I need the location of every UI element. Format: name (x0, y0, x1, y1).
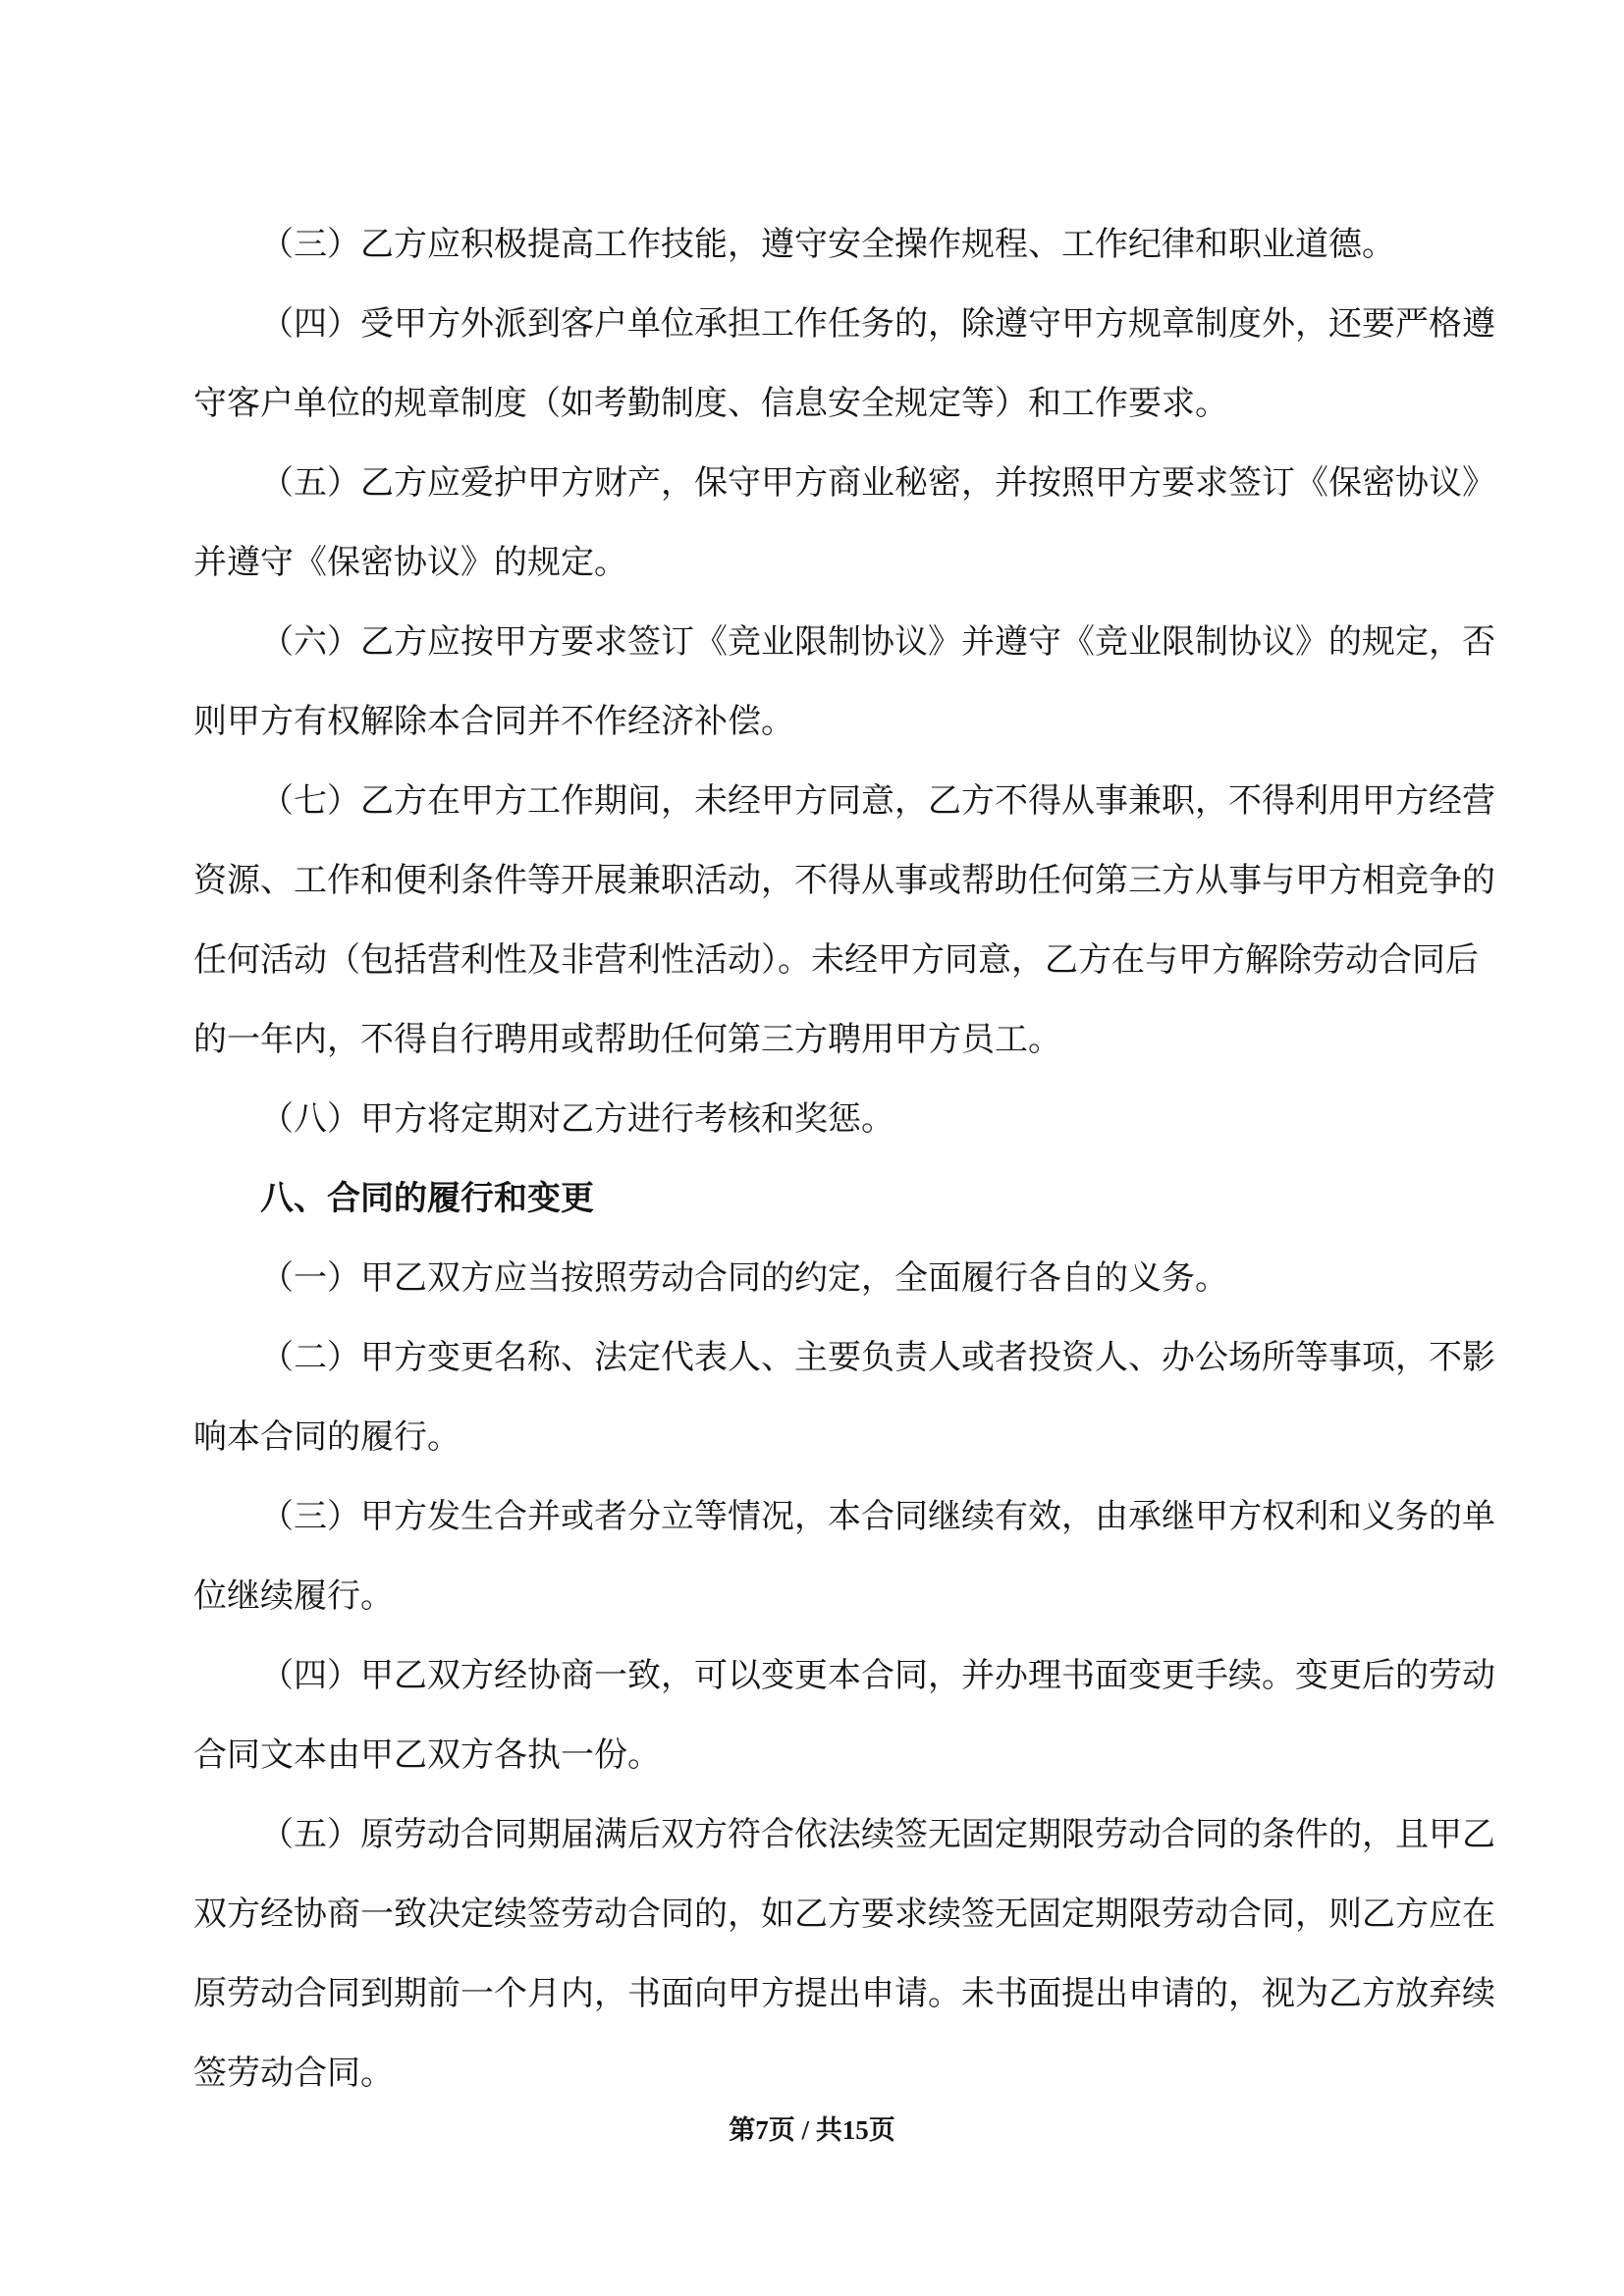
paragraph-line: （五）乙方应爱护甲方财产，保守甲方商业秘密，并按照甲方要求签订《保密协议》 (193, 444, 1499, 523)
paragraph-line: （一）甲乙双方应当按照劳动合同的约定，全面履行各自的义务。 (193, 1239, 1499, 1318)
paragraph-line: 则甲方有权解除本合同并不作经济补偿。 (193, 682, 1499, 762)
paragraph-line: 原劳动合同到期前一个月内，书面向甲方提出申请。未书面提出申请的，视为乙方放弃续 (193, 1954, 1499, 2034)
paragraph-line: （二）甲方变更名称、法定代表人、主要负责人或者投资人、办公场所等事项，不影 (193, 1318, 1499, 1398)
paragraph-line: 双方经协商一致决定续签劳动合同的，如乙方要求续签无固定期限劳动合同，则乙方应在 (193, 1875, 1499, 1954)
paragraph-line: 响本合同的履行。 (193, 1398, 1499, 1477)
paragraph-line: 位继续履行。 (193, 1557, 1499, 1636)
paragraph-line: （三）甲方发生合并或者分立等情况，本合同继续有效，由承继甲方权利和义务的单 (193, 1477, 1499, 1557)
paragraph-line: 资源、工作和便利条件等开展兼职活动，不得从事或帮助任何第三方从事与甲方相竞争的 (193, 841, 1499, 921)
paragraph-line: 任何活动（包括营利性及非营利性活动）。未经甲方同意，乙方在与甲方解除劳动合同后 (193, 921, 1499, 1000)
paragraph-line: （四）甲乙双方经协商一致，可以变更本合同，并办理书面变更手续。变更后的劳动 (193, 1636, 1499, 1716)
contract-body-text: （三）乙方应积极提高工作技能，遵守安全操作规程、工作纪律和职业道德。 （四）受甲… (193, 205, 1499, 2113)
page-footer: 第7页 / 共15页 (0, 2109, 1624, 2152)
paragraph-line: （六）乙方应按甲方要求签订《竞业限制协议》并遵守《竞业限制协议》的规定，否 (193, 603, 1499, 682)
contract-document-page: （三）乙方应积极提高工作技能，遵守安全操作规程、工作纪律和职业道德。 （四）受甲… (0, 0, 1624, 2296)
section-heading: 八、合同的履行和变更 (193, 1159, 1499, 1239)
paragraph-line: （四）受甲方外派到客户单位承担工作任务的，除遵守甲方规章制度外，还要严格遵 (193, 285, 1499, 364)
paragraph-line: （七）乙方在甲方工作期间，未经甲方同意，乙方不得从事兼职，不得利用甲方经营 (193, 762, 1499, 841)
paragraph-line: （五）原劳动合同期届满后双方符合依法续签无固定期限劳动合同的条件的，且甲乙 (193, 1795, 1499, 1875)
paragraph-line: 签劳动合同。 (193, 2034, 1499, 2113)
paragraph-line: 并遵守《保密协议》的规定。 (193, 523, 1499, 603)
paragraph-line: 的一年内，不得自行聘用或帮助任何第三方聘用甲方员工。 (193, 1000, 1499, 1080)
paragraph-line: 守客户单位的规章制度（如考勤制度、信息安全规定等）和工作要求。 (193, 364, 1499, 444)
paragraph-line: （三）乙方应积极提高工作技能，遵守安全操作规程、工作纪律和职业道德。 (193, 205, 1499, 285)
paragraph-line: （八）甲方将定期对乙方进行考核和奖惩。 (193, 1080, 1499, 1159)
paragraph-line: 合同文本由甲乙双方各执一份。 (193, 1716, 1499, 1795)
